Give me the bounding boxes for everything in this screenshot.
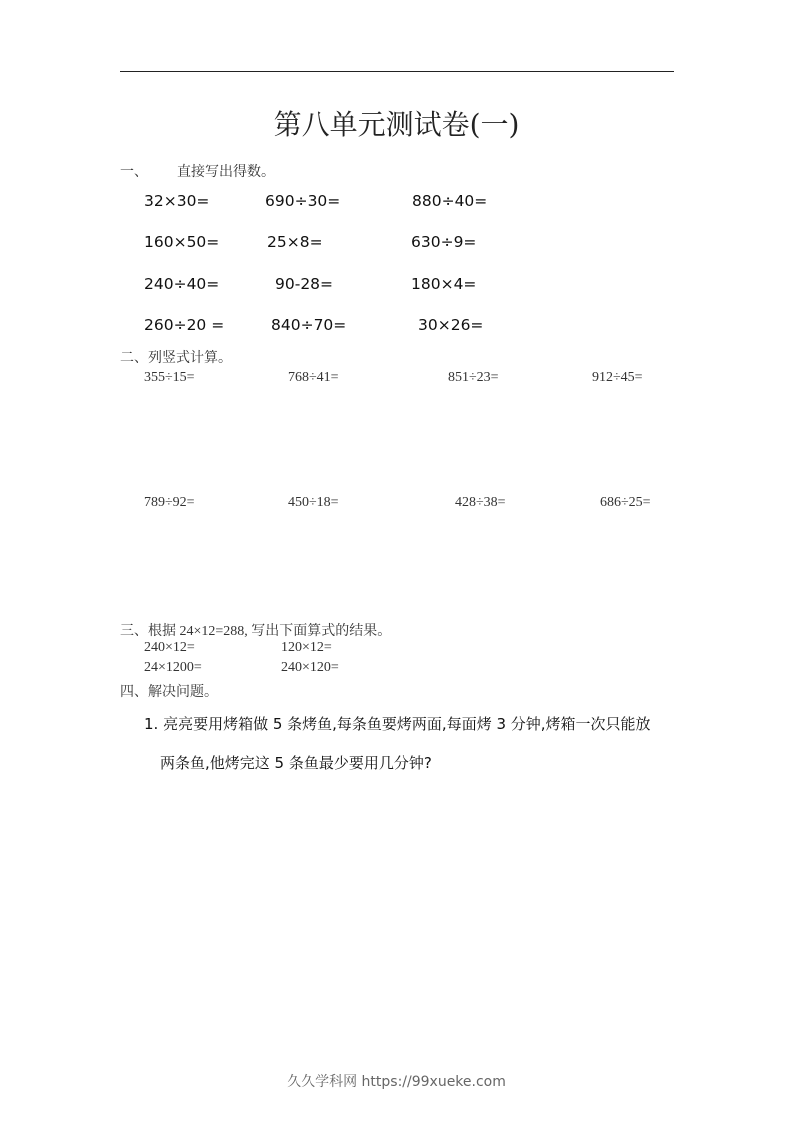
- vertical-problem: 912÷45=: [592, 370, 643, 386]
- oral-problem: 690÷30=: [265, 192, 340, 210]
- word-problem-line: 1. 亮亮要用烤箱做 5 条烤鱼,每条鱼要烤两面,每面烤 3 分钟,烤箱一次只能…: [144, 713, 651, 734]
- vertical-problem: 450÷18=: [288, 495, 339, 511]
- oral-problem: 880÷40=: [412, 192, 487, 210]
- oral-problem: 90-28=: [275, 275, 333, 293]
- section2-heading: 二、列竖式计算。: [120, 347, 232, 367]
- vertical-problem: 355÷15=: [144, 370, 195, 386]
- oral-problem: 260÷20 =: [144, 316, 224, 334]
- oral-problem: 25×8=: [267, 233, 323, 251]
- section1-heading: 直接写出得数。: [177, 161, 275, 181]
- vertical-problem: 768÷41=: [288, 370, 339, 386]
- oral-problem: 160×50=: [144, 233, 219, 251]
- oral-problem: 30×26=: [418, 316, 483, 334]
- vertical-problem: 789÷92=: [144, 495, 195, 511]
- page-title: 第八单元测试卷(一): [0, 103, 793, 143]
- header-rule: [120, 71, 674, 72]
- section4-heading: 四、解决问题。: [120, 681, 218, 701]
- oral-problem: 180×4=: [411, 275, 476, 293]
- vertical-problem: 851÷23=: [448, 370, 499, 386]
- section3-problem: 24×1200=: [144, 660, 202, 676]
- section3-heading: 三、根据 24×12=288, 写出下面算式的结果。: [120, 620, 391, 640]
- oral-problem: 840÷70=: [271, 316, 346, 334]
- vertical-problem: 428÷38=: [455, 495, 506, 511]
- footer-watermark: 久久学科网 https://99xueke.com: [0, 1071, 793, 1091]
- word-problem-line: 两条鱼,他烤完这 5 条鱼最少要用几分钟?: [160, 752, 432, 773]
- section1-number: 一、: [120, 161, 148, 181]
- oral-problem: 32×30=: [144, 192, 209, 210]
- vertical-problem: 686÷25=: [600, 495, 651, 511]
- section3-problem: 240×120=: [281, 660, 339, 676]
- oral-problem: 240÷40=: [144, 275, 219, 293]
- section3-problem: 120×12=: [281, 640, 332, 656]
- oral-problem: 630÷9=: [411, 233, 476, 251]
- section3-problem: 240×12=: [144, 640, 195, 656]
